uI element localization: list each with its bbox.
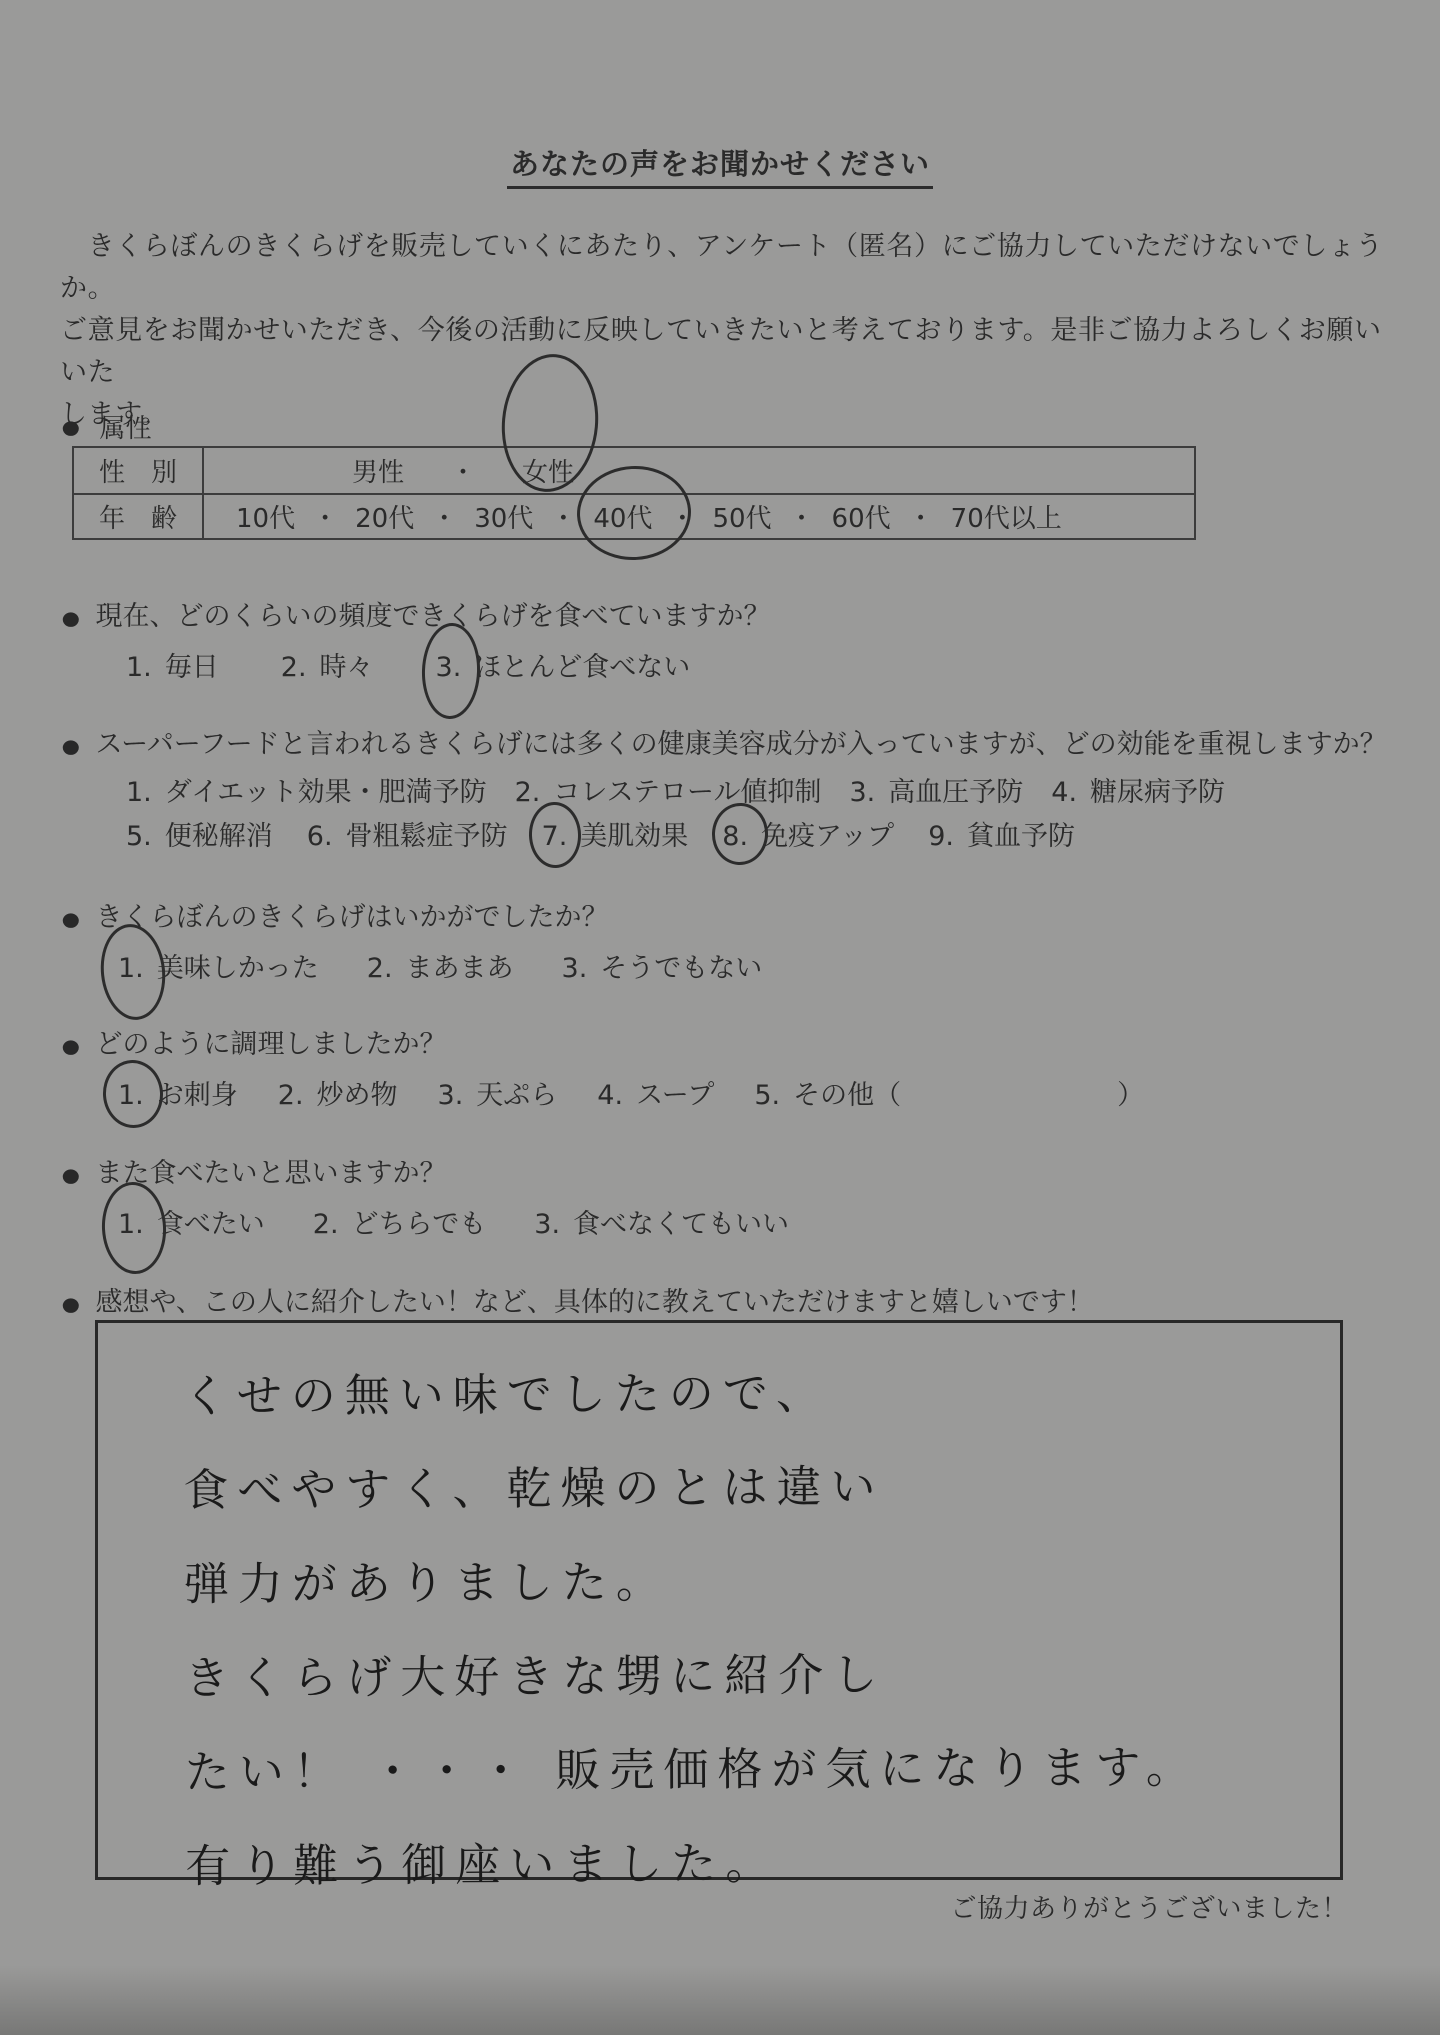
option-selected: 3. ほとんど食べない <box>436 649 691 687</box>
bullet-icon: ● <box>62 1286 80 1322</box>
option-label: お刺身 <box>157 1077 238 1115</box>
option: 4. 糖尿病予防 <box>1051 774 1225 812</box>
option-number: 1. <box>118 1077 144 1115</box>
question-frequency: ● 現在、どのくらいの頻度できくらげを食べていますか？ 1. 毎日 2. 時々 … <box>62 598 770 687</box>
option-label: 貧血予防 <box>967 818 1075 856</box>
question-text: スーパーフードと言われるきくらげには多くの健康美容成分が入っていますが、どの効能… <box>95 726 1386 764</box>
option-number: 3. <box>562 950 588 988</box>
option-selected: 1. 美味しかった <box>118 950 319 988</box>
option: 3. 食べなくてもいい <box>534 1206 789 1244</box>
intro-line: きくらぼんのきくらげを販売していくにあたり、アンケート（匿名）にご協力していただ… <box>60 226 1396 310</box>
option-number: 6. <box>307 818 333 856</box>
option-label: 美肌効果 <box>580 818 688 856</box>
dot-separator: ・ <box>312 498 338 535</box>
option-number: 7. <box>542 818 568 856</box>
option-number-text: 8. <box>722 821 748 852</box>
option-number: 1. <box>118 950 144 988</box>
intro-line: します。 <box>60 394 1396 436</box>
attributes-label: 属性 <box>99 408 151 445</box>
option-number: 2. <box>313 1206 339 1244</box>
handwriting-line: きくらげ大好きな甥に紹介し <box>184 1626 1310 1726</box>
option: 9. 貧血予防 <box>928 818 1075 856</box>
intro-paragraph: きくらぼんのきくらげを販売していくにあたり、アンケート（匿名）にご協力していただ… <box>60 226 1396 436</box>
option-number: 3. <box>534 1206 560 1244</box>
option: 6. 骨粗鬆症予防 <box>307 818 508 856</box>
dot-separator: ・ <box>908 498 934 535</box>
option-label: コレステロール値抑制 <box>553 774 821 812</box>
age-option-selected: 40代 <box>593 498 652 535</box>
age-option: 50代 <box>712 498 771 535</box>
handwriting-line: 弾力がありました。 <box>184 1532 1310 1632</box>
option: 3. 高血圧予防 <box>850 774 1024 812</box>
question-text: きくらぼんのきくらげはいかがでしたか？ <box>95 899 608 937</box>
option: 2. まあまあ <box>367 950 514 988</box>
option-number: 3. <box>850 774 876 812</box>
handwriting-line: くせの無い味でしたので、 <box>183 1344 1309 1444</box>
option-label: 高血圧予防 <box>888 774 1023 812</box>
handwritten-comment: くせの無い味でしたので、 食べやすく、乾燥のとは違い 弾力がありました。 きくら… <box>96 1320 1341 1914</box>
option: 3. 天ぷら <box>438 1077 558 1115</box>
gender-option-female-label: 女性 <box>522 458 574 488</box>
option-number: 5. <box>754 1077 780 1115</box>
option-label: どちらでも <box>352 1206 487 1244</box>
handwriting-line: たい！ ・・・ 販売価格が気になります。 <box>185 1720 1311 1820</box>
footer-thanks: ご協力ありがとうございました！ <box>950 1888 1348 1925</box>
intro-line: ご意見をお聞かせいただき、今後の活動に反映していきたいと考えております。是非ご協… <box>60 310 1396 394</box>
option: 1. ダイエット効果・肥満予防 <box>126 774 487 812</box>
question-taste: ● きくらぼんのきくらげはいかがでしたか？ 1. 美味しかった 2. まあまあ … <box>62 899 762 988</box>
option-number: 4. <box>1051 774 1077 812</box>
option-selected: 7. 美肌効果 <box>542 818 689 856</box>
option-number-text: 7. <box>542 821 568 852</box>
age-option: 20代 <box>355 498 414 535</box>
dot-separator: ・ <box>450 452 476 489</box>
age-option: 30代 <box>474 498 533 535</box>
option-number-text: 1. <box>118 1080 144 1111</box>
gender-row: 性 別 男性 ・ 女性 <box>74 448 1194 493</box>
bullet-icon: ● <box>62 1157 80 1193</box>
option-label: 糖尿病予防 <box>1090 774 1225 812</box>
option-number: 2. <box>281 649 307 687</box>
age-option: 70代以上 <box>951 498 1062 535</box>
age-header: 年 齢 <box>74 495 204 538</box>
age-option: 60代 <box>832 498 891 535</box>
bullet-icon: ● <box>62 415 80 438</box>
age-row: 年 齢 10代 ・ 20代 ・ 30代 ・ 40代 ・ 50代 ・ 60代 ・ … <box>74 493 1194 538</box>
option-label: 骨粗鬆症予防 <box>346 818 508 856</box>
option-selected: 1. お刺身 <box>118 1077 238 1115</box>
option-number: 5. <box>126 818 152 856</box>
age-option-label: 40代 <box>593 504 652 534</box>
option-label: ダイエット効果・肥満予防 <box>165 774 487 812</box>
option-number: 2. <box>278 1077 304 1115</box>
section-attributes-heading: ● 属性 <box>62 408 151 445</box>
dot-separator: ・ <box>669 498 695 535</box>
option-number-text: 1. <box>118 953 144 984</box>
comment-box: くせの無い味でしたので、 食べやすく、乾燥のとは違い 弾力がありました。 きくら… <box>95 1320 1343 1880</box>
option-label: 便秘解消 <box>165 818 273 856</box>
option: 5. その他（ ） <box>754 1077 1144 1115</box>
option-label: ほとんど食べない <box>474 649 690 687</box>
option-selected: 8. 免疫アップ <box>722 818 894 856</box>
option-number: 2. <box>367 950 393 988</box>
option: 2. 炒め物 <box>278 1077 398 1115</box>
question-text: どのように調理しましたか？ <box>95 1026 446 1064</box>
option: 1. 毎日 <box>126 649 219 687</box>
bullet-icon: ● <box>62 1028 80 1064</box>
option-number: 2. <box>515 774 541 812</box>
dot-separator: ・ <box>789 498 815 535</box>
question-feedback: ● 感想や、この人に紹介したい！など、具体的に教えていただけますと嬉しいです！ <box>62 1284 1094 1323</box>
option-number: 4. <box>597 1077 623 1115</box>
option-number: 9. <box>928 818 954 856</box>
option: 5. 便秘解消 <box>126 818 273 856</box>
option-label: 時々 <box>320 649 374 687</box>
option-label: 食べたい <box>157 1206 265 1244</box>
option-number: 8. <box>722 818 748 856</box>
option: 4. スープ <box>597 1077 714 1115</box>
option-label: 毎日 <box>165 649 219 687</box>
option: 2. どちらでも <box>313 1206 487 1244</box>
option-number: 3. <box>436 649 462 687</box>
gender-option-female: 女性 <box>522 452 574 489</box>
bullet-icon: ● <box>62 600 80 636</box>
option: 3. そうでもない <box>562 950 763 988</box>
option: 2. 時々 <box>281 649 374 687</box>
document-title: あなたの声をお聞かせください <box>0 142 1440 183</box>
document-title-text: あなたの声をお聞かせください <box>507 147 933 189</box>
gender-options: 男性 ・ 女性 <box>204 448 1194 493</box>
option-number-text: 3. <box>436 652 462 683</box>
option-label: 天ぷら <box>476 1077 557 1115</box>
question-cooking: ● どのように調理しましたか？ 1. お刺身 2. 炒め物 3. 天ぷら 4. … <box>62 1026 1144 1115</box>
option-label: スープ <box>636 1077 714 1115</box>
dot-separator: ・ <box>550 498 576 535</box>
option-number: 1. <box>118 1206 144 1244</box>
bullet-icon: ● <box>62 901 80 937</box>
option-label: 美味しかった <box>157 950 319 988</box>
option-selected: 1. 食べたい <box>118 1206 265 1244</box>
option-label: まあまあ <box>406 950 514 988</box>
option: 2. コレステロール値抑制 <box>515 774 822 812</box>
option-number: 1. <box>126 649 152 687</box>
option-label: 炒め物 <box>317 1077 398 1115</box>
gender-option-male: 男性 <box>352 452 404 489</box>
attributes-table: 性 別 男性 ・ 女性 年 齢 10代 ・ 20代 ・ 30代 ・ 40代 ・ … <box>72 446 1196 540</box>
handwriting-line: 食べやすく、乾燥のとは違い <box>183 1438 1309 1538</box>
option-label: そうでもない <box>600 950 762 988</box>
dot-separator: ・ <box>431 498 457 535</box>
question-text: 現在、どのくらいの頻度できくらげを食べていますか？ <box>95 598 770 636</box>
option-label: 食べなくてもいい <box>573 1206 789 1244</box>
question-benefits: ● スーパーフードと言われるきくらげには多くの健康美容成分が入っていますが、どの… <box>62 726 1387 856</box>
option-number: 3. <box>438 1077 464 1115</box>
gender-header: 性 別 <box>74 448 204 493</box>
question-text: 感想や、この人に紹介したい！など、具体的に教えていただけますと嬉しいです！ <box>95 1284 1093 1322</box>
bullet-icon: ● <box>62 728 80 764</box>
option-label: その他（ ） <box>793 1077 1144 1115</box>
option-label: 免疫アップ <box>761 818 894 856</box>
question-text: また食べたいと思いますか？ <box>95 1155 446 1193</box>
option-number: 1. <box>126 774 152 812</box>
age-option: 10代 <box>236 498 295 535</box>
age-options: 10代 ・ 20代 ・ 30代 ・ 40代 ・ 50代 ・ 60代 ・ 70代以… <box>204 495 1194 538</box>
question-repeat: ● また食べたいと思いますか？ 1. 食べたい 2. どちらでも 3. 食べなく… <box>62 1155 789 1244</box>
option-number-text: 1. <box>118 1209 144 1240</box>
